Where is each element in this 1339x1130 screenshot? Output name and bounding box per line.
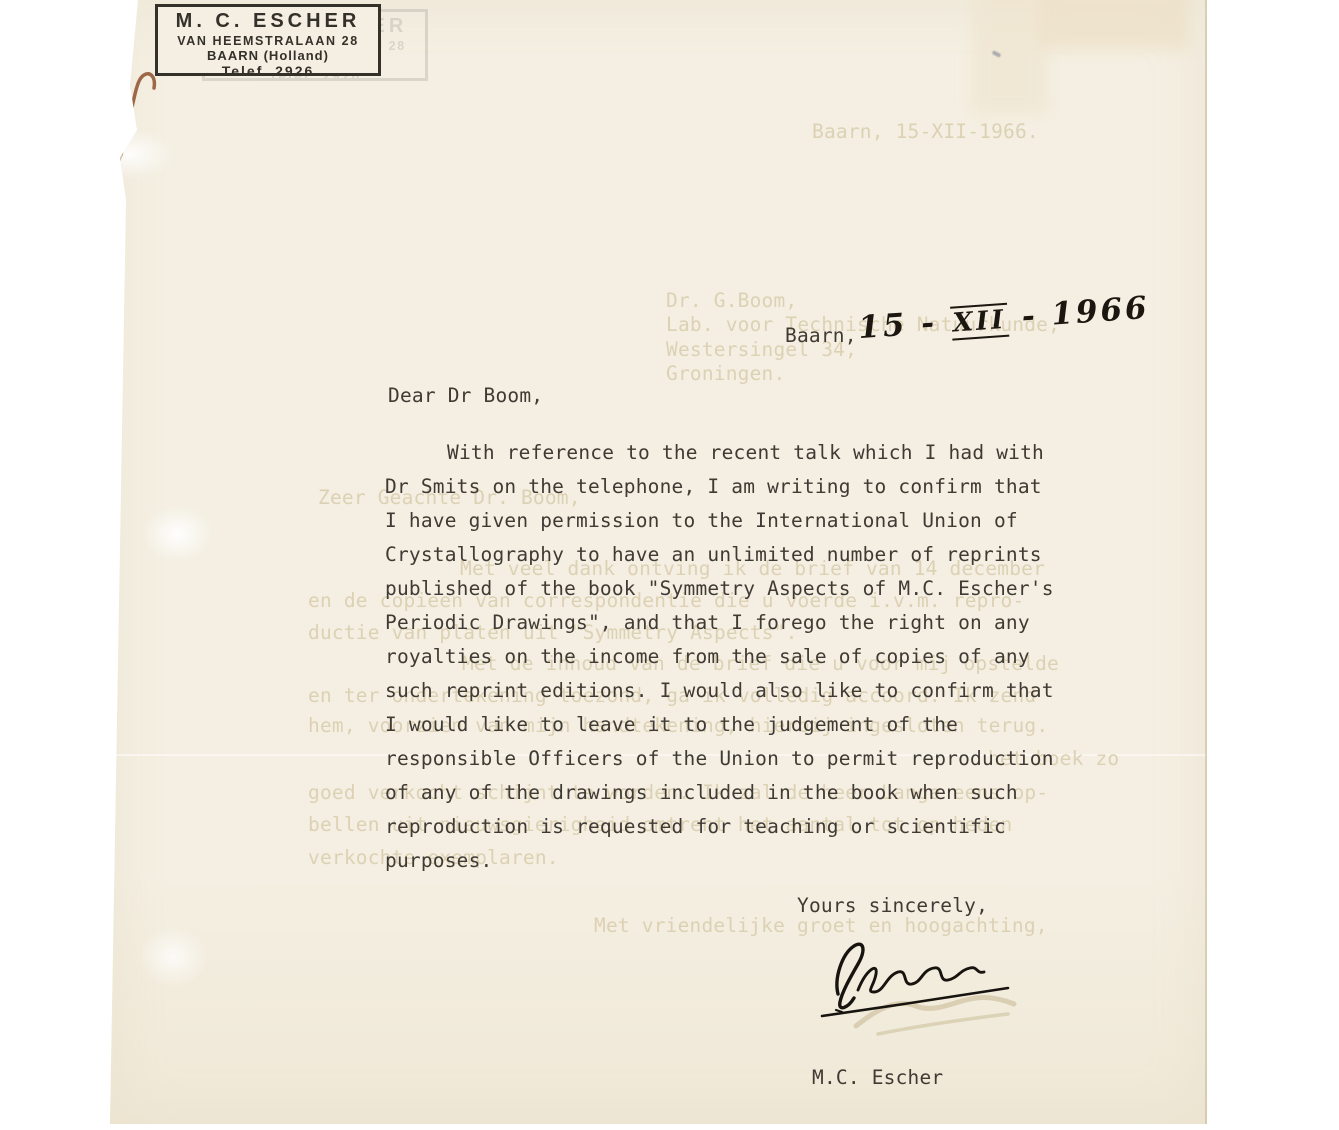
scanned-letter: Baarn, 15-XII-1966. Dr. G.Boom, Lab. voo… (0, 0, 1339, 1130)
body-line: With reference to the recent talk which … (385, 436, 1075, 470)
body-line: of any of the drawings included in the b… (385, 776, 1075, 810)
paper-smudge (142, 505, 214, 563)
letterhead-stamp: M. C. ESCHER VAN HEEMSTRALAAN 28 BAARN (… (155, 4, 381, 76)
body-line: Crystallography to have an unlimited num… (385, 538, 1075, 572)
body-line: purposes. (385, 844, 1075, 878)
signature (808, 928, 1018, 1023)
body-line: responsible Officers of the Union to per… (385, 742, 1075, 776)
letter-paper: Baarn, 15-XII-1966. Dr. G.Boom, Lab. voo… (110, 0, 1207, 1124)
paperclip-icon (112, 58, 172, 178)
body-line: I would like to leave it to the judgemen… (385, 708, 1075, 742)
bleedthrough-address-line: Dr. G.Boom, (666, 289, 797, 312)
letterhead-name: M. C. ESCHER (158, 10, 378, 33)
valediction: Yours sincerely, (797, 894, 988, 917)
letterhead-phone: Telef. 2926 (158, 63, 378, 79)
typed-signature-name: M.C. Escher (812, 1066, 943, 1089)
paper-edge (1205, 0, 1207, 1124)
body-line: such reprint editions. I would also like… (385, 674, 1075, 708)
bleedthrough-address-line: Groningen. (666, 362, 785, 385)
paper-smudge (138, 926, 208, 988)
letterhead-street: VAN HEEMSTRALAAN 28 (158, 34, 378, 48)
tape-stain (1040, 0, 1190, 50)
handwritten-month: XII (950, 303, 1010, 341)
handwritten-date: 15 - XII - 1966 (857, 290, 1151, 346)
ink-fleck (992, 50, 1002, 58)
letterhead-city: BAARN (Holland) (158, 48, 378, 63)
body-line: I have given permission to the Internati… (385, 504, 1075, 538)
dateline-typed: Baarn, (785, 324, 857, 347)
bleedthrough-dateline: Baarn, 15-XII-1966. (812, 120, 1039, 143)
paper-mottling (110, 870, 1207, 1124)
body-line: published of the book "Symmetry Aspects … (385, 572, 1075, 606)
handwritten-day: 15 - (857, 305, 938, 346)
handwritten-year: - 1966 (1021, 290, 1151, 335)
letter-body: With reference to the recent talk which … (385, 436, 1075, 878)
tape-stain (972, 0, 1048, 114)
body-line: reproduction is requested for teaching o… (385, 810, 1075, 844)
salutation: Dear Dr Boom, (388, 384, 543, 407)
body-line: royalties on the income from the sale of… (385, 640, 1075, 674)
body-line: Periodic Drawings", and that I forego th… (385, 606, 1075, 640)
body-line: Dr Smits on the telephone, I am writing … (385, 470, 1075, 504)
